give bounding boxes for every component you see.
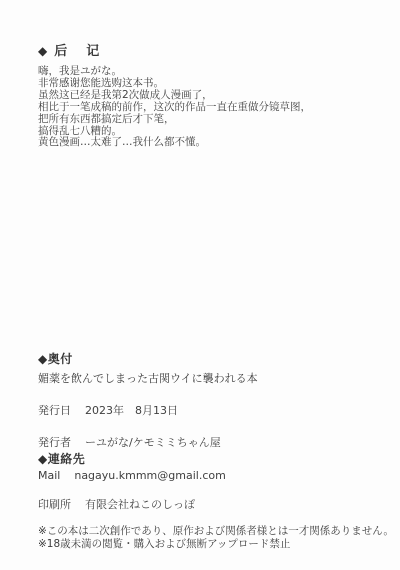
colophon-section: ◆奥付 媚薬を飲んでしまった古関ウイに襲われる本 発行日2023年 8月13日 … (38, 350, 394, 551)
publisher-row: 発行者ーユがな/ケモミミちゃん屋 (38, 434, 394, 450)
diamond-bullet-icon: ◆ (38, 452, 48, 466)
diamond-bullet-icon: ◆ (38, 352, 48, 366)
contact-title-text: 連絡先 (48, 452, 86, 466)
afterword-section: ◆后 记 嗨，我是ユがな。 非常感谢您能选购这本书。 虽然这已经是我第2次做成人… (38, 40, 386, 149)
diamond-bullet-icon: ◆ (38, 44, 50, 58)
afterword-title: ◆后 记 (38, 40, 386, 59)
book-title: 媚薬を飲んでしまった古関ウイに襲われる本 (38, 370, 394, 386)
printer-row: 印刷所有限会社ねこのしっぽ (38, 496, 394, 512)
printer-label: 印刷所 (38, 496, 71, 512)
colophon-title-text: 奥付 (48, 352, 73, 366)
disclaimer-note: ※この本は二次創作であり、原作および関係者様とは一才関係ありません。 (38, 525, 394, 538)
publish-date-row: 発行日2023年 8月13日 (38, 402, 394, 418)
publish-date-label: 発行日 (38, 402, 71, 418)
disclaimer-notes: ※この本は二次創作であり、原作および関係者様とは一才関係ありません。 ※18歳未… (38, 525, 394, 551)
afterword-line: 把所有东西都搞定后才下笔， (38, 114, 386, 126)
afterword-line: 相比于一笔成稿的前作，这次的作品一直在重做分镜草图， (38, 102, 386, 114)
colophon-page: ◆后 记 嗨，我是ユがな。 非常感谢您能选购这本书。 虽然这已经是我第2次做成人… (0, 0, 400, 570)
mail-row: Mailnagayu.kmmm@gmail.com (38, 469, 394, 482)
publisher-value: ーユがな/ケモミミちゃん屋 (85, 436, 221, 449)
afterword-title-text: 后 记 (54, 44, 102, 59)
colophon-title: ◆奥付 (38, 350, 394, 367)
contact-title: ◆連絡先 (38, 450, 394, 467)
mail-value: nagayu.kmmm@gmail.com (74, 469, 225, 482)
publisher-label: 発行者 (38, 434, 71, 450)
afterword-line: 虽然这已经是我第2次做成人漫画了， (38, 90, 386, 102)
publish-date-value: 2023年 8月13日 (85, 404, 178, 417)
disclaimer-note: ※18歳未満の閲覧・購入および無断アップロード禁止 (38, 538, 394, 551)
mail-label: Mail (38, 469, 60, 482)
printer-value: 有限会社ねこのしっぽ (85, 498, 195, 511)
afterword-line: 黄色漫画…太难了…我什么都不懂。 (38, 137, 386, 149)
